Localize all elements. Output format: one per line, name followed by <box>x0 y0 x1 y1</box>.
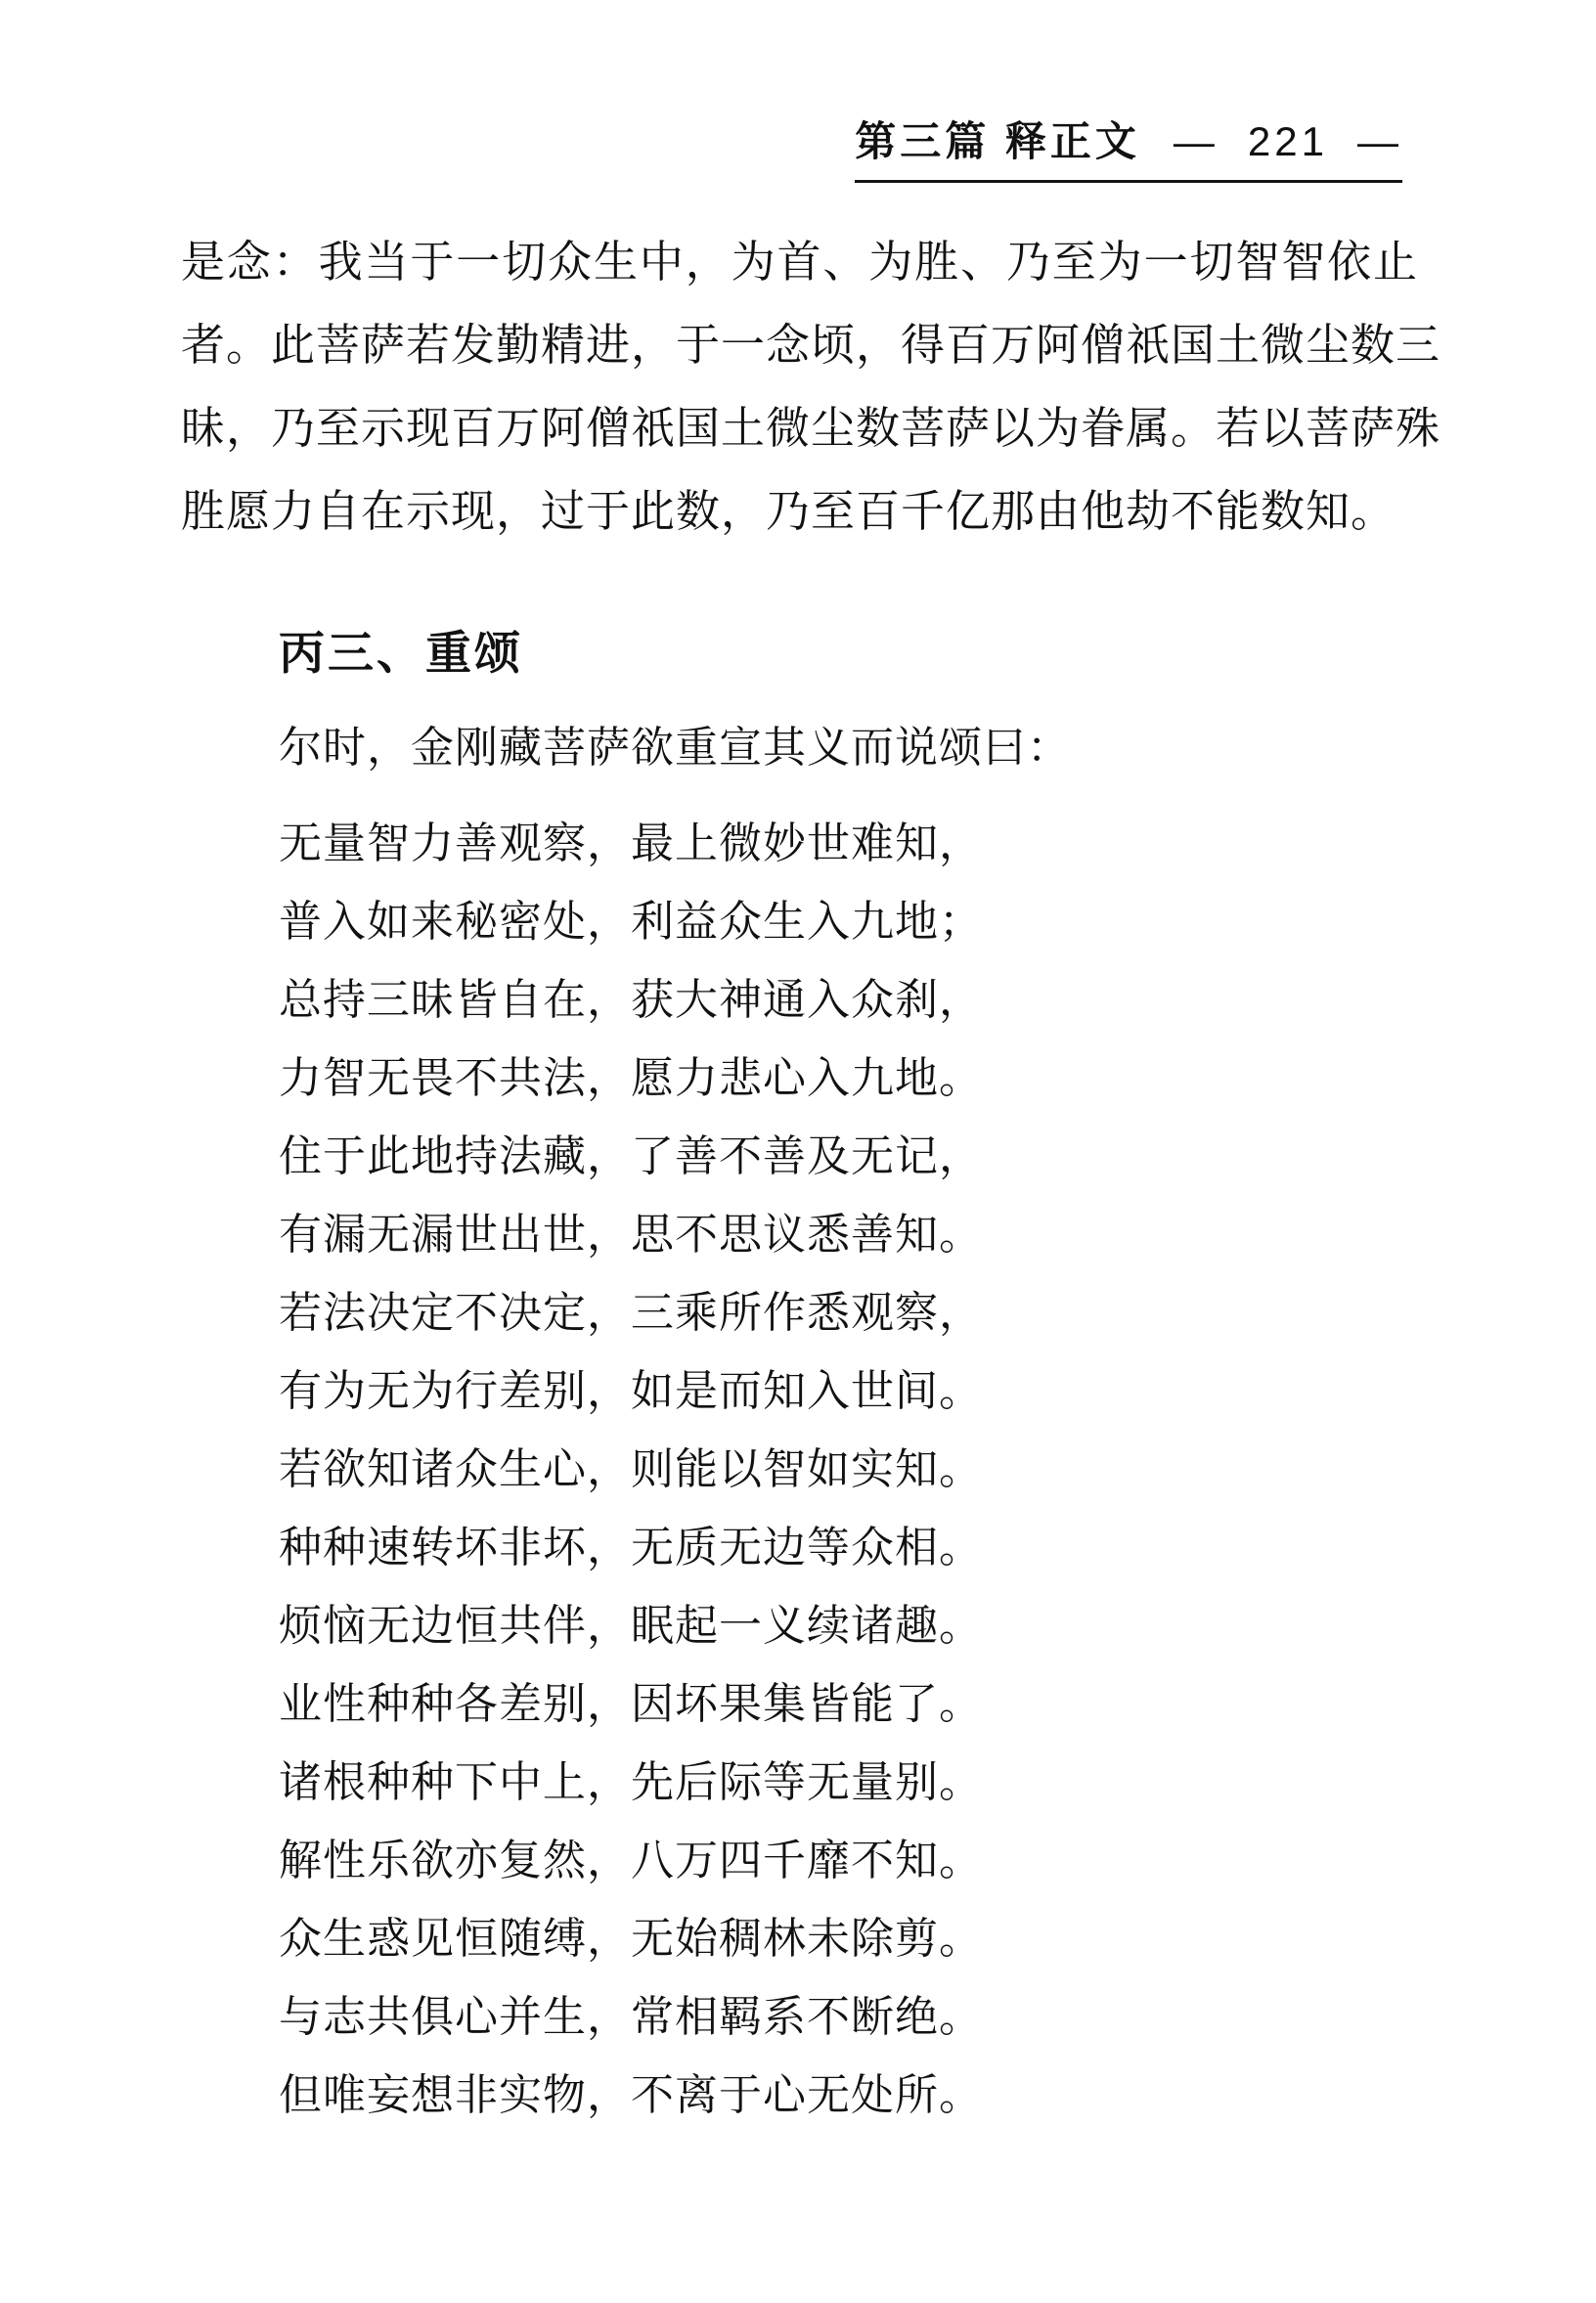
paragraph-line: 昧，乃至示现百万阿僧祇国土微尘数菩萨以为眷属。若以菩萨殊 <box>181 386 1418 469</box>
verse-line: 有漏无漏世出世，思不思议悉善知。 <box>181 1196 1418 1274</box>
verse-intro: 尔时，金刚藏菩萨欲重宣其义而说颂曰： <box>181 706 1418 789</box>
text-body: 是念：我当于一切众生中，为首、为胜、乃至为一切智智依止 者。此菩萨若发勤精进，于… <box>181 220 1418 2135</box>
verse-line: 有为无为行差别，如是而知入世间。 <box>181 1352 1418 1431</box>
verse-line: 与志共俱心并生，常相羁系不断绝。 <box>181 1978 1418 2057</box>
verse-line: 诸根种种下中上，先后际等无量别。 <box>181 1744 1418 1822</box>
verse-line: 但唯妄想非实物，不离于心无处所。 <box>181 2057 1418 2135</box>
verse-line: 烦恼无边恒共伴，眠起一义续诸趣。 <box>181 1587 1418 1665</box>
paragraph-line: 胜愿力自在示现，过于此数，乃至百千亿那由他劫不能数知。 <box>181 469 1418 553</box>
paragraph-line: 者。此菩萨若发勤精进，于一念顷，得百万阿僧祇国土微尘数三 <box>181 303 1418 386</box>
chapter-title: 第三篇 释正文 <box>855 110 1140 168</box>
verse-line: 种种速转坏非坏，无质无边等众相。 <box>181 1509 1418 1587</box>
verse-line: 众生惑见恒随缚，无始稠林未除剪。 <box>181 1900 1418 1978</box>
paragraph-line: 是念：我当于一切众生中，为首、为胜、乃至为一切智智依止 <box>181 220 1418 303</box>
section-heading: 丙三、重颂 <box>181 611 1418 694</box>
verse-line: 若法决定不决定，三乘所作悉观察， <box>181 1274 1418 1352</box>
verse-line: 若欲知诸众生心，则能以智如实知。 <box>181 1431 1418 1509</box>
page-number: 221 <box>1248 118 1328 165</box>
verse-line: 解性乐欲亦复然，八万四千靡不知。 <box>181 1822 1418 1900</box>
verse-line: 力智无畏不共法，愿力悲心入九地。 <box>181 1040 1418 1118</box>
book-page: 第三篇 释正文 — 221 — 是念：我当于一切众生中，为首、为胜、乃至为一切智… <box>0 0 1596 2303</box>
running-head: 第三篇 释正文 — 221 — <box>855 110 1402 183</box>
page-number-dash-right: — <box>1357 118 1402 165</box>
verse-block: 无量智力善观察，最上微妙世难知， 普入如来秘密处，利益众生入九地； 总持三昧皆自… <box>181 805 1418 2135</box>
page-number-dash-left: — <box>1174 118 1219 165</box>
verse-line: 普入如来秘密处，利益众生入九地； <box>181 883 1418 961</box>
page-number-group: — 221 — <box>1174 118 1402 165</box>
verse-line: 总持三昧皆自在，获大神通入众刹， <box>181 961 1418 1040</box>
verse-line: 业性种种各差别，因坏果集皆能了。 <box>181 1665 1418 1744</box>
verse-line: 住于此地持法藏，了善不善及无记， <box>181 1118 1418 1196</box>
verse-line: 无量智力善观察，最上微妙世难知， <box>181 805 1418 883</box>
